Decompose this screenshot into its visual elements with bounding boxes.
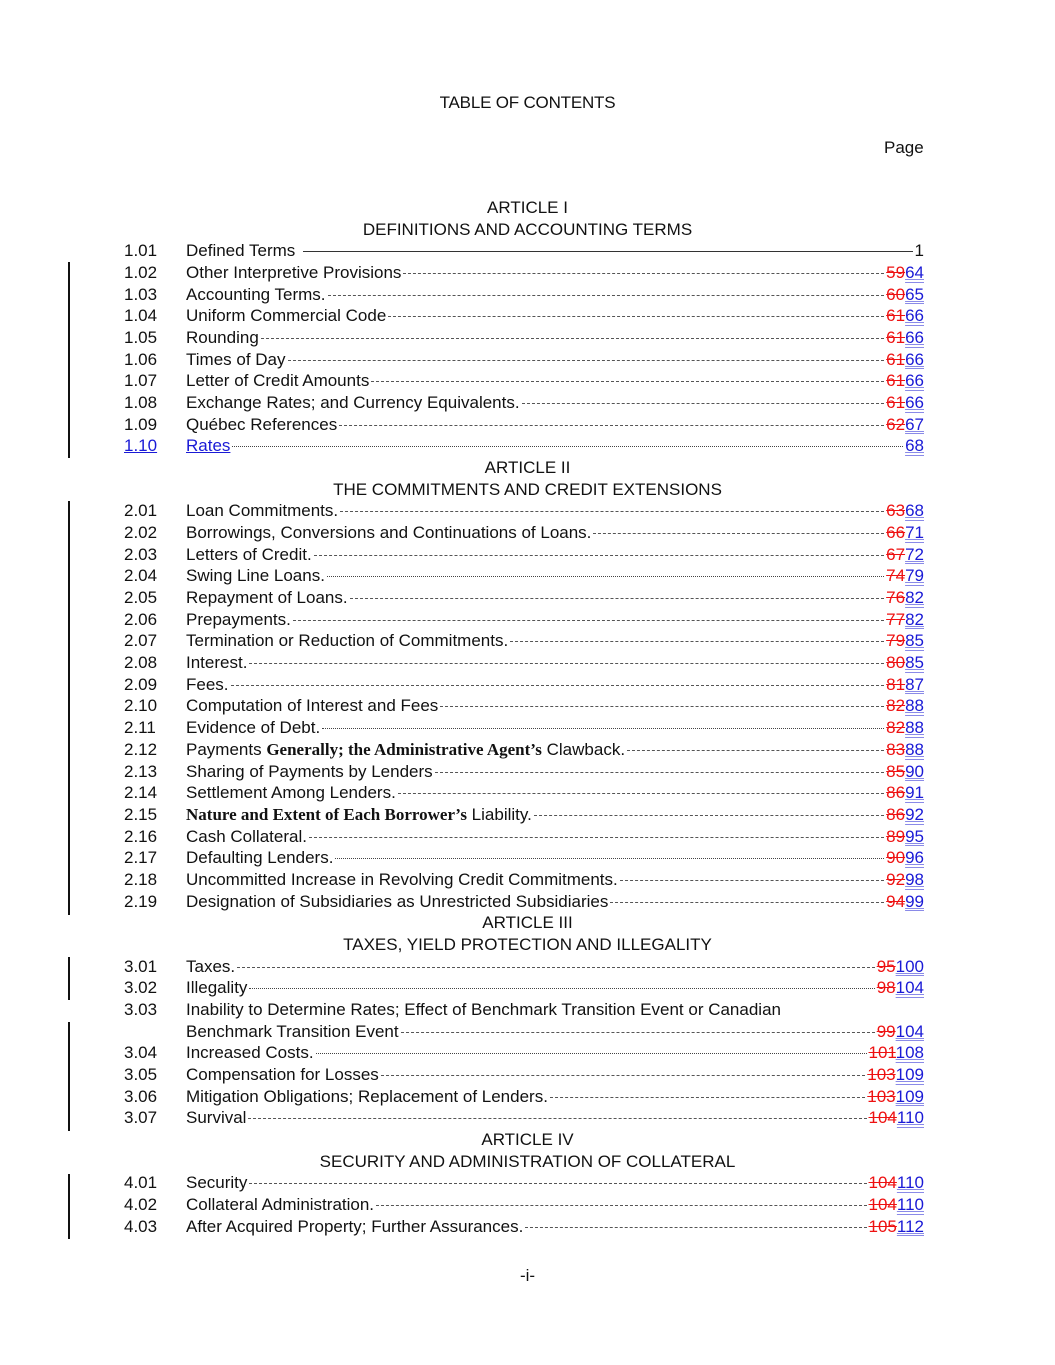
toc-entry[interactable]: 2.16Cash Collateral.8995 — [124, 826, 924, 848]
section-title[interactable]: Other Interpretive Provisions — [186, 262, 401, 284]
page-reference[interactable]: 6267 — [886, 414, 924, 436]
section-title[interactable]: Payments Generally; the Administrative A… — [186, 739, 625, 761]
dot-leader — [522, 402, 885, 404]
toc-entry[interactable]: 1.01Defined Terms1 — [124, 240, 924, 262]
article-label: ARTICLE III — [0, 912, 1055, 934]
dot-leader — [327, 575, 884, 577]
section-title[interactable]: Prepayments. — [186, 609, 291, 631]
section-title[interactable]: Loan Commitments. — [186, 500, 338, 522]
page-number: 110 — [897, 1108, 924, 1127]
section-title[interactable]: Mitigation Obligations; Replacement of L… — [186, 1086, 548, 1108]
section-number[interactable]: 2.11 — [124, 717, 186, 739]
dot-leader — [314, 554, 884, 556]
page-number: 85 — [905, 631, 924, 650]
dot-leader — [231, 684, 885, 686]
dot-leader — [435, 771, 885, 773]
dot-leader — [534, 814, 884, 816]
dot-leader — [525, 1226, 866, 1228]
section-title-bold-part: Nature and Extent of Each Borrower’s — [186, 805, 467, 824]
deleted-page-number: 82 — [886, 718, 905, 737]
dot-leader — [249, 1182, 866, 1184]
page-number: 85 — [905, 653, 924, 672]
page-reference[interactable]: 68 — [905, 435, 924, 457]
section-number[interactable]: 4.01 — [124, 1172, 186, 1194]
article-heading: DEFINITIONS AND ACCOUNTING TERMS — [0, 219, 1055, 241]
page-number: 88 — [905, 718, 924, 737]
toc-entry[interactable]: 2.05Repayment of Loans.7682 — [124, 587, 924, 609]
page-number: 67 — [905, 415, 924, 434]
page-number: 98 — [905, 870, 924, 889]
page-number: 66 — [905, 306, 924, 325]
toc-entry[interactable]: 4.01Security104110 — [124, 1172, 924, 1194]
section-title[interactable]: Uncommitted Increase in Revolving Credit… — [186, 869, 618, 891]
page-reference[interactable]: 8590 — [886, 761, 924, 783]
page-reference[interactable]: 8995 — [886, 826, 924, 848]
page-number: 68 — [905, 501, 924, 520]
deleted-page-number: 104 — [869, 1195, 897, 1214]
section-number[interactable]: 4.02 — [124, 1194, 186, 1216]
page-number: 110 — [897, 1195, 924, 1214]
deleted-page-number: 67 — [886, 545, 905, 564]
page-number-footer: -i- — [0, 1266, 1055, 1286]
section-title[interactable]: Letter of Credit Amounts — [186, 370, 369, 392]
deleted-page-number: 61 — [886, 350, 905, 369]
section-title[interactable]: Compensation for Losses — [186, 1064, 379, 1086]
page-reference[interactable]: 99104 — [877, 1021, 924, 1043]
page-reference[interactable]: 8692 — [886, 804, 924, 826]
change-bar — [68, 1174, 70, 1239]
page-number: 104 — [896, 1022, 924, 1041]
article-label: ARTICLE I — [0, 197, 1055, 219]
section-title[interactable]: Rates — [186, 435, 230, 457]
section-number[interactable]: 2.14 — [124, 782, 186, 804]
page-reference[interactable]: 105112 — [869, 1216, 924, 1238]
section-title[interactable]: Evidence of Debt. — [186, 717, 320, 739]
page-number: 1 — [915, 241, 924, 260]
section-number[interactable]: 2.06 — [124, 609, 186, 631]
page-reference[interactable]: 6671 — [886, 522, 924, 544]
article-heading: THE COMMITMENTS AND CREDIT EXTENSIONS — [0, 479, 1055, 501]
deleted-page-number: 98 — [877, 978, 896, 997]
section-title[interactable]: Collateral Administration. — [186, 1194, 374, 1216]
page-reference[interactable]: 9499 — [886, 891, 924, 913]
page-reference[interactable]: 104110 — [869, 1194, 924, 1216]
page-column-header: Page — [884, 138, 924, 158]
toc-entry[interactable]: 3.03Inability to Determine Rates; Effect… — [124, 999, 924, 1042]
table-of-contents: ARTICLE IDEFINITIONS AND ACCOUNTING TERM… — [124, 197, 924, 1237]
section-number[interactable]: 1.01 — [124, 240, 186, 262]
deleted-page-number: 103 — [867, 1065, 895, 1084]
dot-leader — [620, 879, 884, 881]
page-number: 109 — [896, 1065, 924, 1084]
toc-entry[interactable]: 2.01Loan Commitments.6368 — [124, 500, 924, 522]
section-number[interactable]: 3.03 — [124, 999, 186, 1021]
change-bar — [68, 501, 70, 915]
toc-entry[interactable]: 3.06Mitigation Obligations; Replacement … — [124, 1086, 924, 1108]
dot-leader — [261, 337, 884, 339]
page-number: 90 — [905, 762, 924, 781]
section-title[interactable]: Settlement Among Lenders. — [186, 782, 396, 804]
page-reference[interactable]: 9096 — [886, 847, 924, 869]
deleted-page-number: 104 — [869, 1173, 897, 1192]
toc-entry[interactable]: 2.08Interest.8085 — [124, 652, 924, 674]
section-title-part: Payments — [186, 740, 266, 759]
section-title[interactable]: Defined Terms — [186, 240, 295, 262]
section-title[interactable]: Designation of Subsidiaries as Unrestric… — [186, 891, 608, 913]
toc-entry[interactable]: 4.03After Acquired Property; Further Ass… — [124, 1216, 924, 1238]
dot-leader — [388, 315, 884, 317]
article-heading: TAXES, YIELD PROTECTION AND ILLEGALITY — [0, 934, 1055, 956]
toc-entry[interactable]: 2.06Prepayments.7782 — [124, 609, 924, 631]
section-title[interactable]: Québec References — [186, 414, 337, 436]
deleted-page-number: 92 — [886, 870, 905, 889]
page-reference[interactable]: 101108 — [869, 1042, 924, 1064]
page-number: 82 — [905, 610, 924, 629]
section-number[interactable]: 1.05 — [124, 327, 186, 349]
deleted-page-number: 101 — [869, 1043, 896, 1062]
toc-entry[interactable]: 4.02Collateral Administration.104110 — [124, 1194, 924, 1216]
dot-leader — [376, 1204, 866, 1206]
page-number: 88 — [905, 696, 924, 715]
section-title[interactable]: Accounting Terms. — [186, 284, 326, 306]
toc-entry[interactable]: 1.07Letter of Credit Amounts6166 — [124, 370, 924, 392]
page-reference[interactable]: 9298 — [886, 869, 924, 891]
dot-leader — [322, 727, 884, 729]
dot-leader — [232, 445, 903, 447]
dot-leader — [316, 1052, 867, 1054]
deleted-page-number: 60 — [886, 285, 905, 304]
dot-leader — [371, 380, 884, 382]
page-number: 110 — [897, 1173, 924, 1192]
page-number: 66 — [905, 393, 924, 412]
page-reference[interactable]: 6772 — [886, 544, 924, 566]
page-number: 87 — [905, 675, 924, 694]
section-title-continued[interactable]: Benchmark Transition Event — [186, 1021, 399, 1043]
section-title[interactable]: Nature and Extent of Each Borrower’s Lia… — [186, 804, 532, 826]
toc-entry[interactable]: 3.04Increased Costs.101108 — [124, 1042, 924, 1064]
page-number: 95 — [905, 827, 924, 846]
deleted-page-number: 86 — [886, 805, 905, 824]
page-reference[interactable]: 1 — [915, 240, 924, 262]
section-number[interactable]: 2.01 — [124, 500, 186, 522]
section-title[interactable]: Swing Line Loans. — [186, 565, 325, 587]
section-title[interactable]: Increased Costs. — [186, 1042, 314, 1064]
section-number[interactable]: 2.19 — [124, 891, 186, 913]
deleted-page-number: 86 — [886, 783, 905, 802]
dot-leader — [401, 1031, 875, 1033]
page-reference[interactable]: 7479 — [886, 565, 924, 587]
section-title[interactable]: Inability to Determine Rates; Effect of … — [186, 999, 781, 1021]
section-title[interactable]: Fees. — [186, 674, 229, 696]
section-number[interactable]: 2.16 — [124, 826, 186, 848]
deleted-page-number: 61 — [886, 393, 905, 412]
toc-entry[interactable]: 2.02Borrowings, Conversions and Continua… — [124, 522, 924, 544]
page-number: 66 — [905, 328, 924, 347]
toc-entry[interactable]: 2.09Fees.8187 — [124, 674, 924, 696]
deleted-page-number: 74 — [886, 566, 905, 585]
dot-leader — [335, 857, 884, 859]
page-reference[interactable]: 7682 — [886, 587, 924, 609]
section-title[interactable]: Termination or Reduction of Commitments. — [186, 630, 508, 652]
toc-entry[interactable]: 1.10Rates68 — [124, 435, 924, 457]
deleted-page-number: 105 — [869, 1217, 897, 1236]
page-number: 64 — [905, 263, 924, 282]
deleted-page-number: 80 — [886, 653, 905, 672]
toc-entry[interactable]: 2.11Evidence of Debt.8288 — [124, 717, 924, 739]
section-number[interactable]: 1.06 — [124, 349, 186, 371]
article-label: ARTICLE II — [0, 457, 1055, 479]
section-number[interactable]: 1.10 — [124, 435, 186, 457]
dot-leader — [550, 1096, 865, 1098]
document-title: TABLE OF CONTENTS — [0, 93, 1055, 113]
change-bar — [68, 262, 70, 458]
section-number[interactable]: 1.03 — [124, 284, 186, 306]
page-number: 96 — [905, 848, 924, 867]
deleted-page-number: 63 — [886, 501, 905, 520]
deleted-page-number: 77 — [886, 610, 905, 629]
article-heading: SECURITY AND ADMINISTRATION OF COLLATERA… — [0, 1151, 1055, 1173]
section-number[interactable]: 2.17 — [124, 847, 186, 869]
dot-leader — [398, 792, 884, 794]
section-number[interactable]: 1.02 — [124, 262, 186, 284]
toc-entry[interactable]: 2.17Defaulting Lenders.9096 — [124, 847, 924, 869]
deleted-page-number: 81 — [886, 675, 905, 694]
page-reference[interactable]: 6166 — [886, 392, 924, 414]
page-number: 100 — [896, 957, 924, 976]
page-reference[interactable]: 8691 — [886, 782, 924, 804]
page-reference[interactable]: 8187 — [886, 674, 924, 696]
section-number[interactable]: 2.03 — [124, 544, 186, 566]
toc-entry[interactable]: 3.02Illegality98104 — [124, 977, 924, 999]
deleted-page-number: 76 — [886, 588, 905, 607]
dot-leader — [328, 294, 885, 296]
dot-leader — [339, 424, 884, 426]
section-title[interactable]: Illegality — [186, 977, 247, 999]
dot-leader — [293, 619, 884, 621]
section-title[interactable]: Times of Day — [186, 349, 286, 371]
section-title[interactable]: Interest. — [186, 652, 247, 674]
section-title[interactable]: Cash Collateral. — [186, 826, 307, 848]
dot-leader — [249, 662, 884, 664]
article-label: ARTICLE IV — [0, 1129, 1055, 1151]
section-title[interactable]: After Acquired Property; Further Assuran… — [186, 1216, 523, 1238]
toc-entry[interactable]: 2.14Settlement Among Lenders.8691 — [124, 782, 924, 804]
section-number[interactable]: 2.09 — [124, 674, 186, 696]
page-reference[interactable]: 8388 — [886, 739, 924, 761]
dot-leader — [403, 272, 884, 274]
section-number[interactable]: 2.05 — [124, 587, 186, 609]
section-number[interactable]: 3.05 — [124, 1064, 186, 1086]
section-number[interactable]: 1.09 — [124, 414, 186, 436]
section-title[interactable]: Taxes. — [186, 956, 235, 978]
section-number[interactable]: 2.15 — [124, 804, 186, 826]
toc-entry[interactable]: 1.06Times of Day6166 — [124, 349, 924, 371]
page-number: 72 — [905, 545, 924, 564]
toc-entry[interactable]: 2.13Sharing of Payments by Lenders8590 — [124, 761, 924, 783]
deleted-page-number: 82 — [886, 696, 905, 715]
dot-leader — [350, 597, 885, 599]
section-number[interactable]: 1.07 — [124, 370, 186, 392]
dot-leader — [340, 510, 884, 512]
section-number[interactable]: 3.06 — [124, 1086, 186, 1108]
section-number[interactable]: 2.18 — [124, 869, 186, 891]
section-number[interactable]: 2.08 — [124, 652, 186, 674]
deleted-page-number: 89 — [886, 827, 905, 846]
toc-entry[interactable]: 2.15Nature and Extent of Each Borrower’s… — [124, 804, 924, 826]
section-title-part: Liability. — [467, 805, 532, 824]
toc-entry[interactable]: 1.05Rounding6166 — [124, 327, 924, 349]
page-reference[interactable]: 6065 — [886, 284, 924, 306]
dot-leader — [627, 749, 884, 751]
section-number[interactable]: 3.07 — [124, 1107, 186, 1129]
section-title-bold-part: Generally; the Administrative Agent’s — [266, 740, 542, 759]
page-number: 79 — [905, 566, 924, 585]
toc-entry[interactable]: 1.08Exchange Rates; and Currency Equival… — [124, 392, 924, 414]
deleted-page-number: 62 — [886, 415, 905, 434]
page-number: 92 — [905, 805, 924, 824]
page-reference[interactable]: 6166 — [886, 370, 924, 392]
section-title[interactable]: Letters of Credit. — [186, 544, 312, 566]
toc-entry[interactable]: 2.10Computation of Interest and Fees8288 — [124, 695, 924, 717]
page-reference[interactable]: 8288 — [886, 717, 924, 739]
page-reference[interactable]: 5964 — [886, 262, 924, 284]
dot-leader — [237, 966, 875, 968]
page-reference[interactable]: 104110 — [869, 1172, 924, 1194]
page-reference[interactable]: 6368 — [886, 500, 924, 522]
toc-entry[interactable]: 2.18Uncommitted Increase in Revolving Cr… — [124, 869, 924, 891]
section-number[interactable]: 3.01 — [124, 956, 186, 978]
section-title[interactable]: Repayment of Loans. — [186, 587, 348, 609]
page-number: 104 — [896, 978, 924, 997]
dot-leader — [288, 359, 885, 361]
dot-leader — [510, 640, 884, 642]
toc-entry[interactable]: 1.04Uniform Commercial Code6166 — [124, 305, 924, 327]
section-number[interactable]: 2.13 — [124, 761, 186, 783]
dot-leader — [610, 901, 884, 903]
page-number: 112 — [897, 1217, 924, 1236]
toc-entry[interactable]: 2.03Letters of Credit.6772 — [124, 544, 924, 566]
page-reference[interactable]: 103109 — [867, 1064, 924, 1086]
toc-entry[interactable]: 1.03Accounting Terms.6065 — [124, 284, 924, 306]
toc-entry[interactable]: 1.09Québec References6267 — [124, 414, 924, 436]
deleted-page-number: 103 — [867, 1087, 895, 1106]
section-title[interactable]: Computation of Interest and Fees — [186, 695, 438, 717]
toc-entry[interactable]: 2.19Designation of Subsidiaries as Unres… — [124, 891, 924, 913]
section-number[interactable]: 4.03 — [124, 1216, 186, 1238]
page-number: 65 — [905, 285, 924, 304]
page-reference[interactable]: 7782 — [886, 609, 924, 631]
deleted-page-number: 95 — [877, 957, 896, 976]
page-number: 66 — [905, 371, 924, 390]
deleted-page-number: 66 — [886, 523, 905, 542]
deleted-page-number: 85 — [886, 762, 905, 781]
deleted-page-number: 61 — [886, 306, 905, 325]
dot-leader — [303, 250, 912, 252]
section-number[interactable]: 3.02 — [124, 977, 186, 999]
dot-leader — [440, 705, 884, 707]
section-title[interactable]: Security — [186, 1172, 247, 1194]
section-title[interactable]: Borrowings, Conversions and Continuation… — [186, 522, 591, 544]
section-title[interactable]: Defaulting Lenders. — [186, 847, 333, 869]
page-number: 108 — [896, 1043, 924, 1062]
section-title[interactable]: Sharing of Payments by Lenders — [186, 761, 433, 783]
page-number: 71 — [905, 523, 924, 542]
page-number: 109 — [896, 1087, 924, 1106]
toc-entry[interactable]: 1.02Other Interpretive Provisions5964 — [124, 262, 924, 284]
deleted-page-number: 104 — [869, 1108, 897, 1127]
change-bar — [68, 1022, 70, 1131]
page-number: 66 — [905, 350, 924, 369]
deleted-page-number: 61 — [886, 371, 905, 390]
dot-leader — [593, 532, 884, 534]
deleted-page-number: 94 — [886, 892, 905, 911]
page-reference[interactable]: 6166 — [886, 327, 924, 349]
deleted-page-number: 61 — [886, 328, 905, 347]
section-title[interactable]: Rounding — [186, 327, 259, 349]
dot-leader — [249, 987, 874, 989]
page-reference[interactable]: 8085 — [886, 652, 924, 674]
dot-leader — [309, 836, 884, 838]
section-title[interactable]: Survival — [186, 1107, 246, 1129]
toc-entry[interactable]: 3.05Compensation for Losses103109 — [124, 1064, 924, 1086]
page-number: 88 — [905, 740, 924, 759]
section-title[interactable]: Exchange Rates; and Currency Equivalents… — [186, 392, 520, 414]
toc-entry[interactable]: 3.01Taxes.95100 — [124, 956, 924, 978]
page-reference[interactable]: 103109 — [867, 1086, 924, 1108]
page-reference[interactable]: 104110 — [869, 1107, 924, 1129]
change-bar — [68, 957, 70, 1000]
page-reference[interactable]: 7985 — [886, 630, 924, 652]
page-reference[interactable]: 98104 — [877, 977, 924, 999]
dot-leader — [248, 1117, 866, 1119]
section-title-part: Clawback. — [542, 740, 625, 759]
deleted-page-number: 83 — [886, 740, 905, 759]
page-reference[interactable]: 6166 — [886, 349, 924, 371]
section-number[interactable]: 2.02 — [124, 522, 186, 544]
page-number: 68 — [905, 436, 924, 455]
toc-entry[interactable]: 2.07Termination or Reduction of Commitme… — [124, 630, 924, 652]
page-number: 91 — [905, 783, 924, 802]
toc-entry[interactable]: 2.04Swing Line Loans.7479 — [124, 565, 924, 587]
deleted-page-number: 99 — [877, 1022, 896, 1041]
page-reference[interactable]: 6166 — [886, 305, 924, 327]
toc-entry[interactable]: 2.12Payments Generally; the Administrati… — [124, 739, 924, 761]
page-reference[interactable]: 8288 — [886, 695, 924, 717]
section-number[interactable]: 2.07 — [124, 630, 186, 652]
section-title[interactable]: Uniform Commercial Code — [186, 305, 386, 327]
page-number: 82 — [905, 588, 924, 607]
dot-leader — [381, 1074, 865, 1076]
deleted-page-number: 90 — [886, 848, 905, 867]
section-number[interactable]: 1.04 — [124, 305, 186, 327]
section-number[interactable]: 2.10 — [124, 695, 186, 717]
deleted-page-number: 59 — [886, 263, 905, 282]
section-number[interactable]: 1.08 — [124, 392, 186, 414]
section-number[interactable]: 2.12 — [124, 739, 186, 761]
page-reference[interactable]: 95100 — [877, 956, 924, 978]
toc-entry[interactable]: 3.07Survival104110 — [124, 1107, 924, 1129]
page-number: 99 — [905, 892, 924, 911]
section-number[interactable]: 2.04 — [124, 565, 186, 587]
deleted-page-number: 79 — [886, 631, 905, 650]
section-number[interactable]: 3.04 — [124, 1042, 186, 1064]
